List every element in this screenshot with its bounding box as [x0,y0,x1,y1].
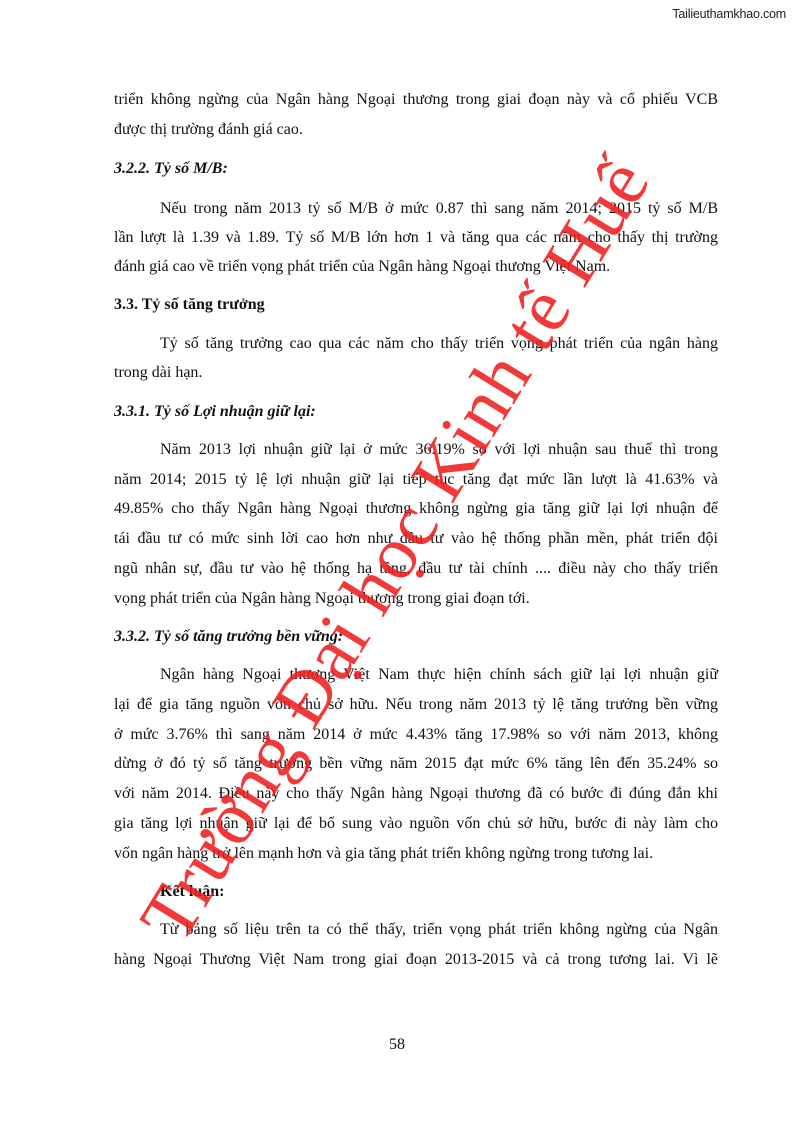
heading-3-3: 3.3. Tỷ số tăng trưởng [114,295,718,315]
paragraph-line: vọng phát triển của Ngân hàng Ngoại thươ… [114,589,718,609]
heading-3-3-2: 3.3.2. Tỷ số tăng trưởng bền vững: [114,627,718,647]
paragraph-line: lần lượt là 1.39 và 1.89. Tỷ số M/B lớn … [114,228,718,248]
site-watermark-text: Tailieuthamkhao.com [672,7,786,21]
paragraph-line: Năm 2013 lợi nhuận giữ lại ở mức 36.19% … [114,440,718,460]
heading-3-2-2: 3.2.2. Tỷ số M/B: [114,159,718,179]
paragraph-line: Tỷ số tăng trưởng cao qua các năm cho th… [114,334,718,354]
paragraph-line: gia tăng lợi nhuận giữ lại để bổ sung và… [114,814,718,834]
paragraph-line: hàng Ngoại Thương Việt Nam trong giai đo… [114,950,718,970]
paragraph-line: tái đầu tư có mức sinh lời cao hơn như đ… [114,529,718,549]
paragraph-line: 49.85% cho thấy Ngân hàng Ngoại thương k… [114,499,718,519]
heading-conclusion: Kết luận: [114,882,718,902]
paragraph-line: ngũ nhân sự, đầu tư vào hệ thống hạ tầng… [114,559,718,579]
paragraph-line: với năm 2014. Điều này cho thấy Ngân hàn… [114,784,718,804]
heading-3-3-1: 3.3.1. Tỷ số Lợi nhuận giữ lại: [114,402,718,422]
paragraph-line: Nếu trong năm 2013 tỷ số M/B ở mức 0.87 … [114,199,718,219]
paragraph-line: lại để gia tăng nguồn vốn chủ sở hữu. Nế… [114,695,718,715]
paragraph-line: năm 2014; 2015 tỷ lệ lợi nhuận giữ lại t… [114,470,718,490]
paragraph-line: đánh giá cao về triển vọng phát triển củ… [114,257,718,277]
paragraph-line: vốn ngân hàng trở lên mạnh hơn và gia tă… [114,844,718,864]
paragraph-line: trong dài hạn. [114,363,718,383]
paragraph-line: được thị trường đánh giá cao. [114,120,718,140]
paragraph-line: dừng ở đó tỷ số tăng trưởng bền vững năm… [114,754,718,774]
page-number: 58 [0,1036,794,1054]
paragraph-line: Từ bảng số liệu trên ta có thể thấy, tri… [114,920,718,940]
paragraph-line: triển không ngừng của Ngân hàng Ngoại th… [114,90,718,110]
paragraph-line: ở mức 3.76% thì sang năm 2014 ở mức 4.43… [114,725,718,745]
paragraph-line: Ngân hàng Ngoại thương Việt Nam thực hiệ… [114,665,718,685]
